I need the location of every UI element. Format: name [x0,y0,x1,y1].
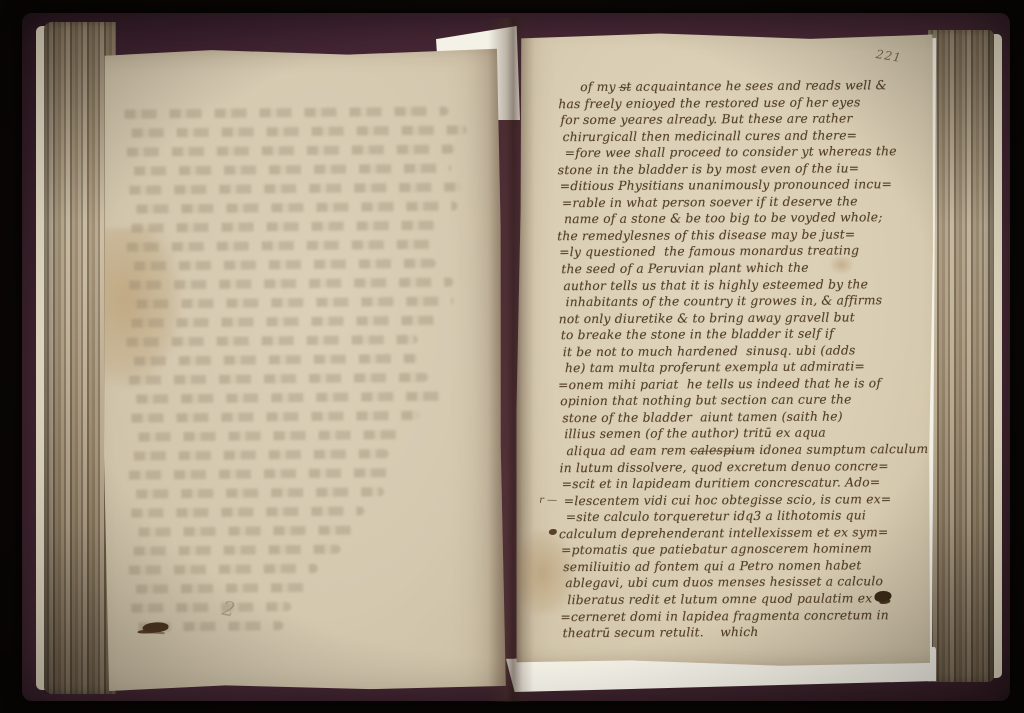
bleedthrough-text [119,106,490,641]
bleedthrough-line [129,164,451,176]
bleedthrough-line [129,354,418,366]
bleedthrough-line [126,316,437,328]
bleedthrough-line [129,545,341,556]
bleedthrough-line [127,125,467,137]
bleedthrough-line [131,297,453,309]
page-number: 221 [875,47,903,65]
bleedthrough-line [129,449,389,460]
bleedthrough-line [127,221,445,233]
bleedthrough-line [126,602,291,613]
bleedthrough-line [131,583,314,594]
bleedthrough-line [126,411,419,423]
manuscript-line: =ditious Physitians unanimously pronounc… [560,176,923,195]
bleedthrough-line [131,202,457,214]
photo-background: 2 221 r — of my s̶t̶ acquaintance he see… [0,0,1024,713]
manuscript-line: theatrū secum retulit. which [563,623,926,642]
margin-note: r — [539,495,557,506]
manuscript-line: =scit et in lapideam duritiem concrescat… [562,474,925,493]
bleedthrough-line [124,468,391,480]
manuscript-text: of my s̶t̶ acquaintance he sees and read… [556,77,925,642]
bleedthrough-line [124,278,453,290]
manuscript-line: =onem mihi pariat he tells us indeed tha… [558,375,924,394]
bleedthrough-line [122,335,419,347]
gutter-shadow [488,18,534,702]
bleedthrough-line [119,107,448,119]
bleedthrough-line [124,564,318,575]
manuscript-line: of my s̶t̶ acquaintance he sees and read… [580,77,922,96]
manuscript-line: liberatus redit et lutum omne quod paula… [567,590,925,609]
left-page: 2 [99,46,507,695]
bleedthrough-line [131,487,384,498]
bleedthrough-line [134,525,357,536]
bleedthrough-line [126,506,364,517]
edge-shading [928,30,994,682]
manuscript-line: aliqua ad eam rem c̶a̶l̶e̶s̶p̶i̶u̶m̶ ido… [566,441,924,460]
manuscript-line: name of a stone & be too big to be voyde… [564,209,923,228]
manuscript-line: =fore wee shall proceed to consider yt w… [565,143,923,162]
bleedthrough-line [131,392,446,404]
right-page-block-edge [928,30,994,682]
manuscript-line: =cerneret domi in lapidea fragmenta conc… [560,606,925,625]
bleedthrough-line [124,373,428,385]
manuscript-line: =ptomatis que patiebatur agnoscerem homi… [561,540,925,559]
bleedthrough-line [124,182,461,194]
manuscript-line: inhabitants of the country it growes in,… [566,292,924,311]
bleedthrough-line [134,430,409,442]
bleedthrough-line [129,259,437,271]
bleedthrough-line [122,240,437,252]
manuscript-line: =lescentem vidi cui hoc obtegisse scio, … [564,491,925,510]
bleedthrough-line [122,145,455,157]
right-page: 221 r — of my s̶t̶ acquaintance he sees … [514,31,936,670]
